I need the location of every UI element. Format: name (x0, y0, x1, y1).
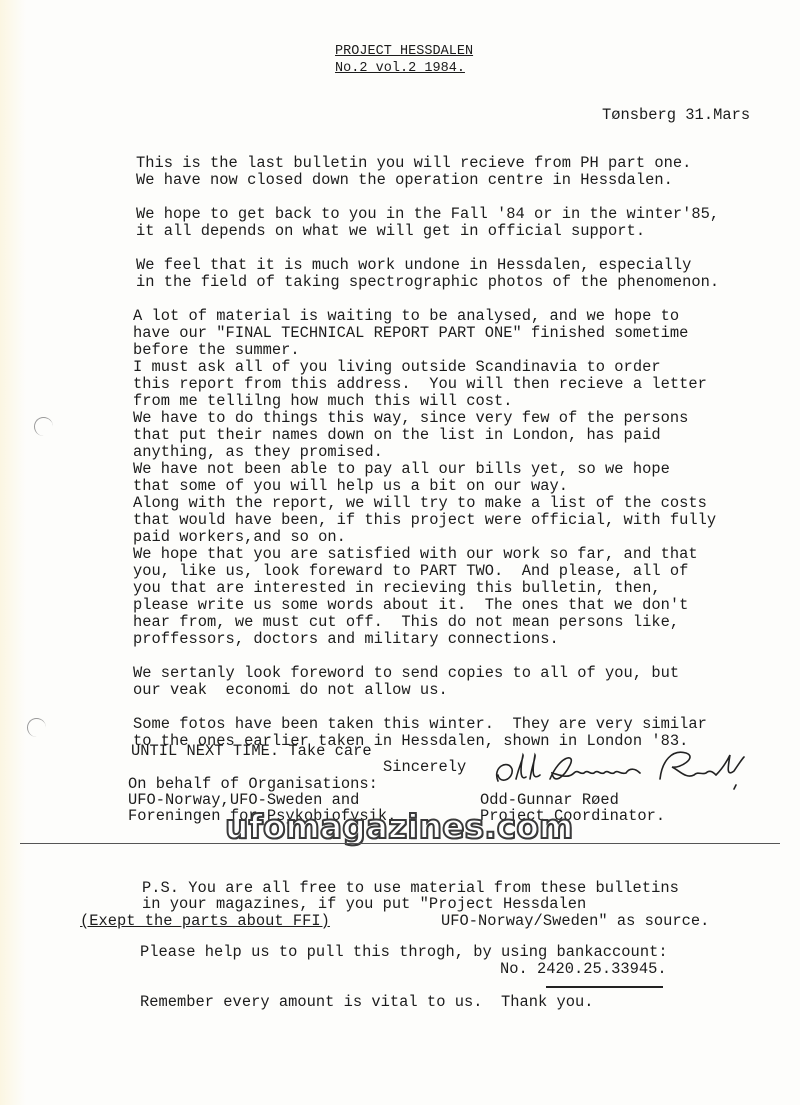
punch-hole-mark (27, 718, 46, 737)
body-line: We feel that it is much work undone in H… (136, 257, 691, 274)
body-line: We have not been able to pay all our bil… (133, 461, 670, 478)
body-line: Along with the report, we will try to ma… (133, 495, 707, 512)
body-line: that some of you will help us a bit on o… (133, 478, 568, 495)
body-line: please write us some words about it. The… (133, 597, 688, 614)
body-line: This is the last bulletin you will recie… (136, 155, 691, 172)
body-line: proffessors, doctors and military connec… (133, 631, 559, 648)
body-line: hear from, we must cut off. This do not … (133, 614, 679, 631)
handwritten-signature (490, 745, 750, 795)
sincerely-line: Sincerely (383, 759, 466, 776)
postscript-source: UFO-Norway/Sweden" as source. (441, 913, 709, 930)
body-line: anything, as they promised. (133, 444, 383, 461)
body-line: A lot of material is waiting to be analy… (133, 308, 679, 325)
postscript-line: in your magazines, if you put "Project H… (142, 896, 586, 913)
body-line: We hope that you are satisfied with our … (133, 546, 698, 563)
postscript-exception: (Exept the parts about FFI) (80, 913, 330, 930)
punch-hole-mark (34, 417, 53, 436)
account-underline (546, 986, 663, 988)
body-line: from me tellilng how much this will cost… (133, 393, 513, 410)
body-line: you that are interested in recieving thi… (133, 580, 661, 597)
body-line: in the field of taking spectrographic ph… (136, 274, 719, 291)
body-line: We have to do things this way, since ver… (133, 410, 688, 427)
body-line: our veak economi do not allow us. (133, 682, 448, 699)
thank-you-line: Remember every amount is vital to us. Th… (140, 994, 594, 1011)
body-line: Some fotos have been taken this winter. … (133, 716, 707, 733)
body-line: you, like us, look foreward to PART TWO.… (133, 563, 688, 580)
body-line: have our "FINAL TECHNICAL REPORT PART ON… (133, 325, 688, 342)
bank-account-number: No. 2420.25.33945. (500, 961, 667, 978)
body-line: it all depends on what we will get in of… (136, 223, 645, 240)
body-line: that put their names down on the list in… (133, 427, 661, 444)
body-line: before the summer. (133, 342, 300, 359)
bulletin-issue: No.2 vol.2 1984. (335, 61, 465, 77)
body-line: We have now closed down the operation ce… (136, 172, 673, 189)
body-line: that would have been, if this project we… (133, 512, 716, 529)
page-edge-tint (0, 0, 26, 1105)
body-line: I must ask all of you living outside Sca… (133, 359, 661, 376)
watermark: ufomagazines.com (225, 807, 573, 847)
body-line: paid workers,and so on. (133, 529, 346, 546)
body-line: We hope to get back to you in the Fall '… (136, 206, 719, 223)
bulletin-title: PROJECT HESSDALEN (335, 44, 473, 60)
dateline: Tønsberg 31.Mars (602, 107, 750, 124)
body-line: We sertanly look foreword to send copies… (133, 665, 679, 682)
section-divider (20, 843, 780, 844)
bank-request: Please help us to pull this throgh, by u… (140, 944, 668, 961)
body-line: this report from this address. You will … (133, 376, 707, 393)
farewell-line: UNTIL NEXT TIME. Take care (131, 743, 372, 760)
